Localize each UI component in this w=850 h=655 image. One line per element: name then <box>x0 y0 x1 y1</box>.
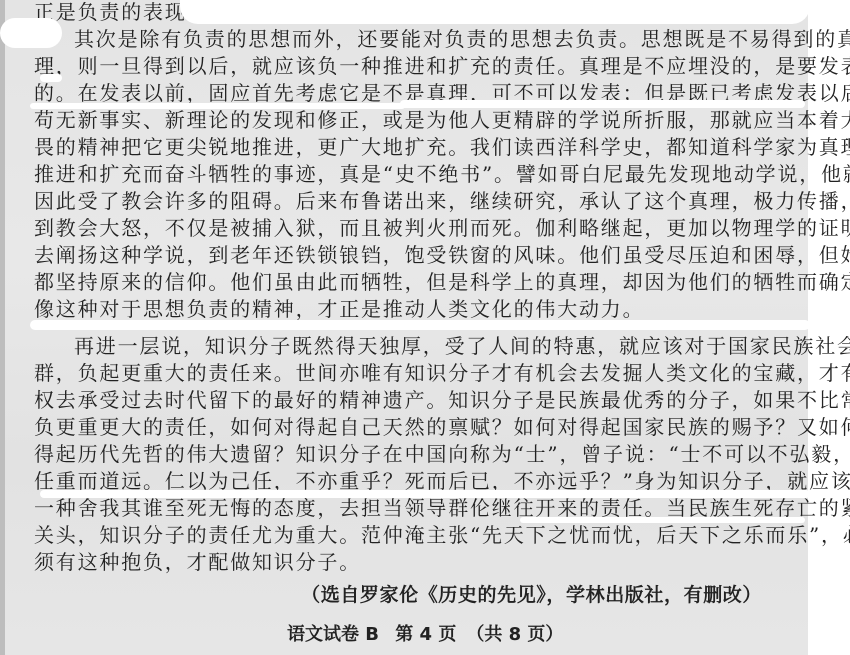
paragraph-start-line: 再进一层说，知识分子既然得天独厚，受了人间的特惠，就应该对于国家民族社会人 <box>34 331 850 361</box>
paper-title: 语文试卷 B <box>287 624 379 645</box>
passage-line: 推进和扩充而奋斗牺牲的事迹，真是“史不绝书”。譬如哥白尼最先发现地动学说，他就 <box>34 159 850 189</box>
passage-line: 负更重更大的责任，如何对得起自己天然的禀赋？如何对得起国家民族的赐予？又如何对 <box>34 412 850 442</box>
passage-line: 去阐扬这种学说，到老年还铁锁锒铛，饱受铁窗的风味。他们虽受尽压迫和困辱，但始终 <box>34 240 850 270</box>
passage-line: 到教会大怒，不仅是被捕入狱，而且被判火刑而死。伽利略继起，更加以物理学的证明， <box>34 213 850 243</box>
passage-line: 关头，知识分子的责任尤为重大。范仲淹主张“先天下之忧而忧，后天下之乐而乐”，必 <box>34 520 850 550</box>
erase-mark <box>808 572 850 612</box>
erase-mark <box>520 517 805 523</box>
erase-mark <box>40 490 810 498</box>
passage-line: 得起历代先哲的伟大遗留？知识分子在中国向称为“士”，曾子说：“士不可以不弘毅， <box>34 439 850 469</box>
erase-mark <box>40 74 62 82</box>
erase-mark <box>0 18 62 48</box>
page-number: 第 4 页 <box>395 624 456 645</box>
passage-line: 畏的精神把它更尖锐地推进，更广大地扩充。我们读西洋科学史，都知道科学家为真理的 <box>34 132 850 162</box>
erase-mark <box>400 100 805 108</box>
passage-line: 须有这种抱负，才配做知识分子。 <box>34 547 361 577</box>
passage-line: 都坚持原来的信仰。他们虽由此而牺牲，但是科学上的真理，却因为他们的牺牲而确定。 <box>34 267 850 297</box>
page-total: （共 8 页） <box>466 624 563 645</box>
passage-line: 群，负起更重大的责任来。世间亦唯有知识分子才有机会去发掘人类文化的宝藏，才有特 <box>34 358 850 388</box>
passage-line: 理，则一旦得到以后，就应该负一种推进和扩充的责任。真理是不应埋没的，是要发表 <box>34 51 850 81</box>
passage-line: 权去承受过去时代留下的最好的精神遗产。知识分子是民族最优秀的分子，如果不比常人 <box>34 385 850 415</box>
page-footer: 语文试卷 B 第 4 页（共 8 页） <box>287 620 573 646</box>
erase-mark <box>30 320 810 330</box>
erase-mark <box>180 0 810 24</box>
passage-line: 苟无新事实、新理论的发现和修正，或是为他人更精辟的学说所折服，那就应当本着大无 <box>34 105 850 135</box>
scanned-exam-page: 正是负责的表现。 其次是除有负责的思想而外，还要能对负责的思想去负责。思想既是不… <box>0 0 808 655</box>
passage-line: 因此受了教会许多的阻碍。后来布鲁诺出来，继续研究，承认了这个真理，极力传播，弄 <box>34 186 850 216</box>
source-citation: （选自罗家伦《历史的先见》，学林出版社，有删改） <box>301 580 762 607</box>
page-edge-shadow <box>0 0 5 655</box>
paragraph-start-line: 其次是除有负责的思想而外，还要能对负责的思想去负责。思想既是不易得到的真 <box>34 24 850 54</box>
erase-mark <box>30 103 405 109</box>
